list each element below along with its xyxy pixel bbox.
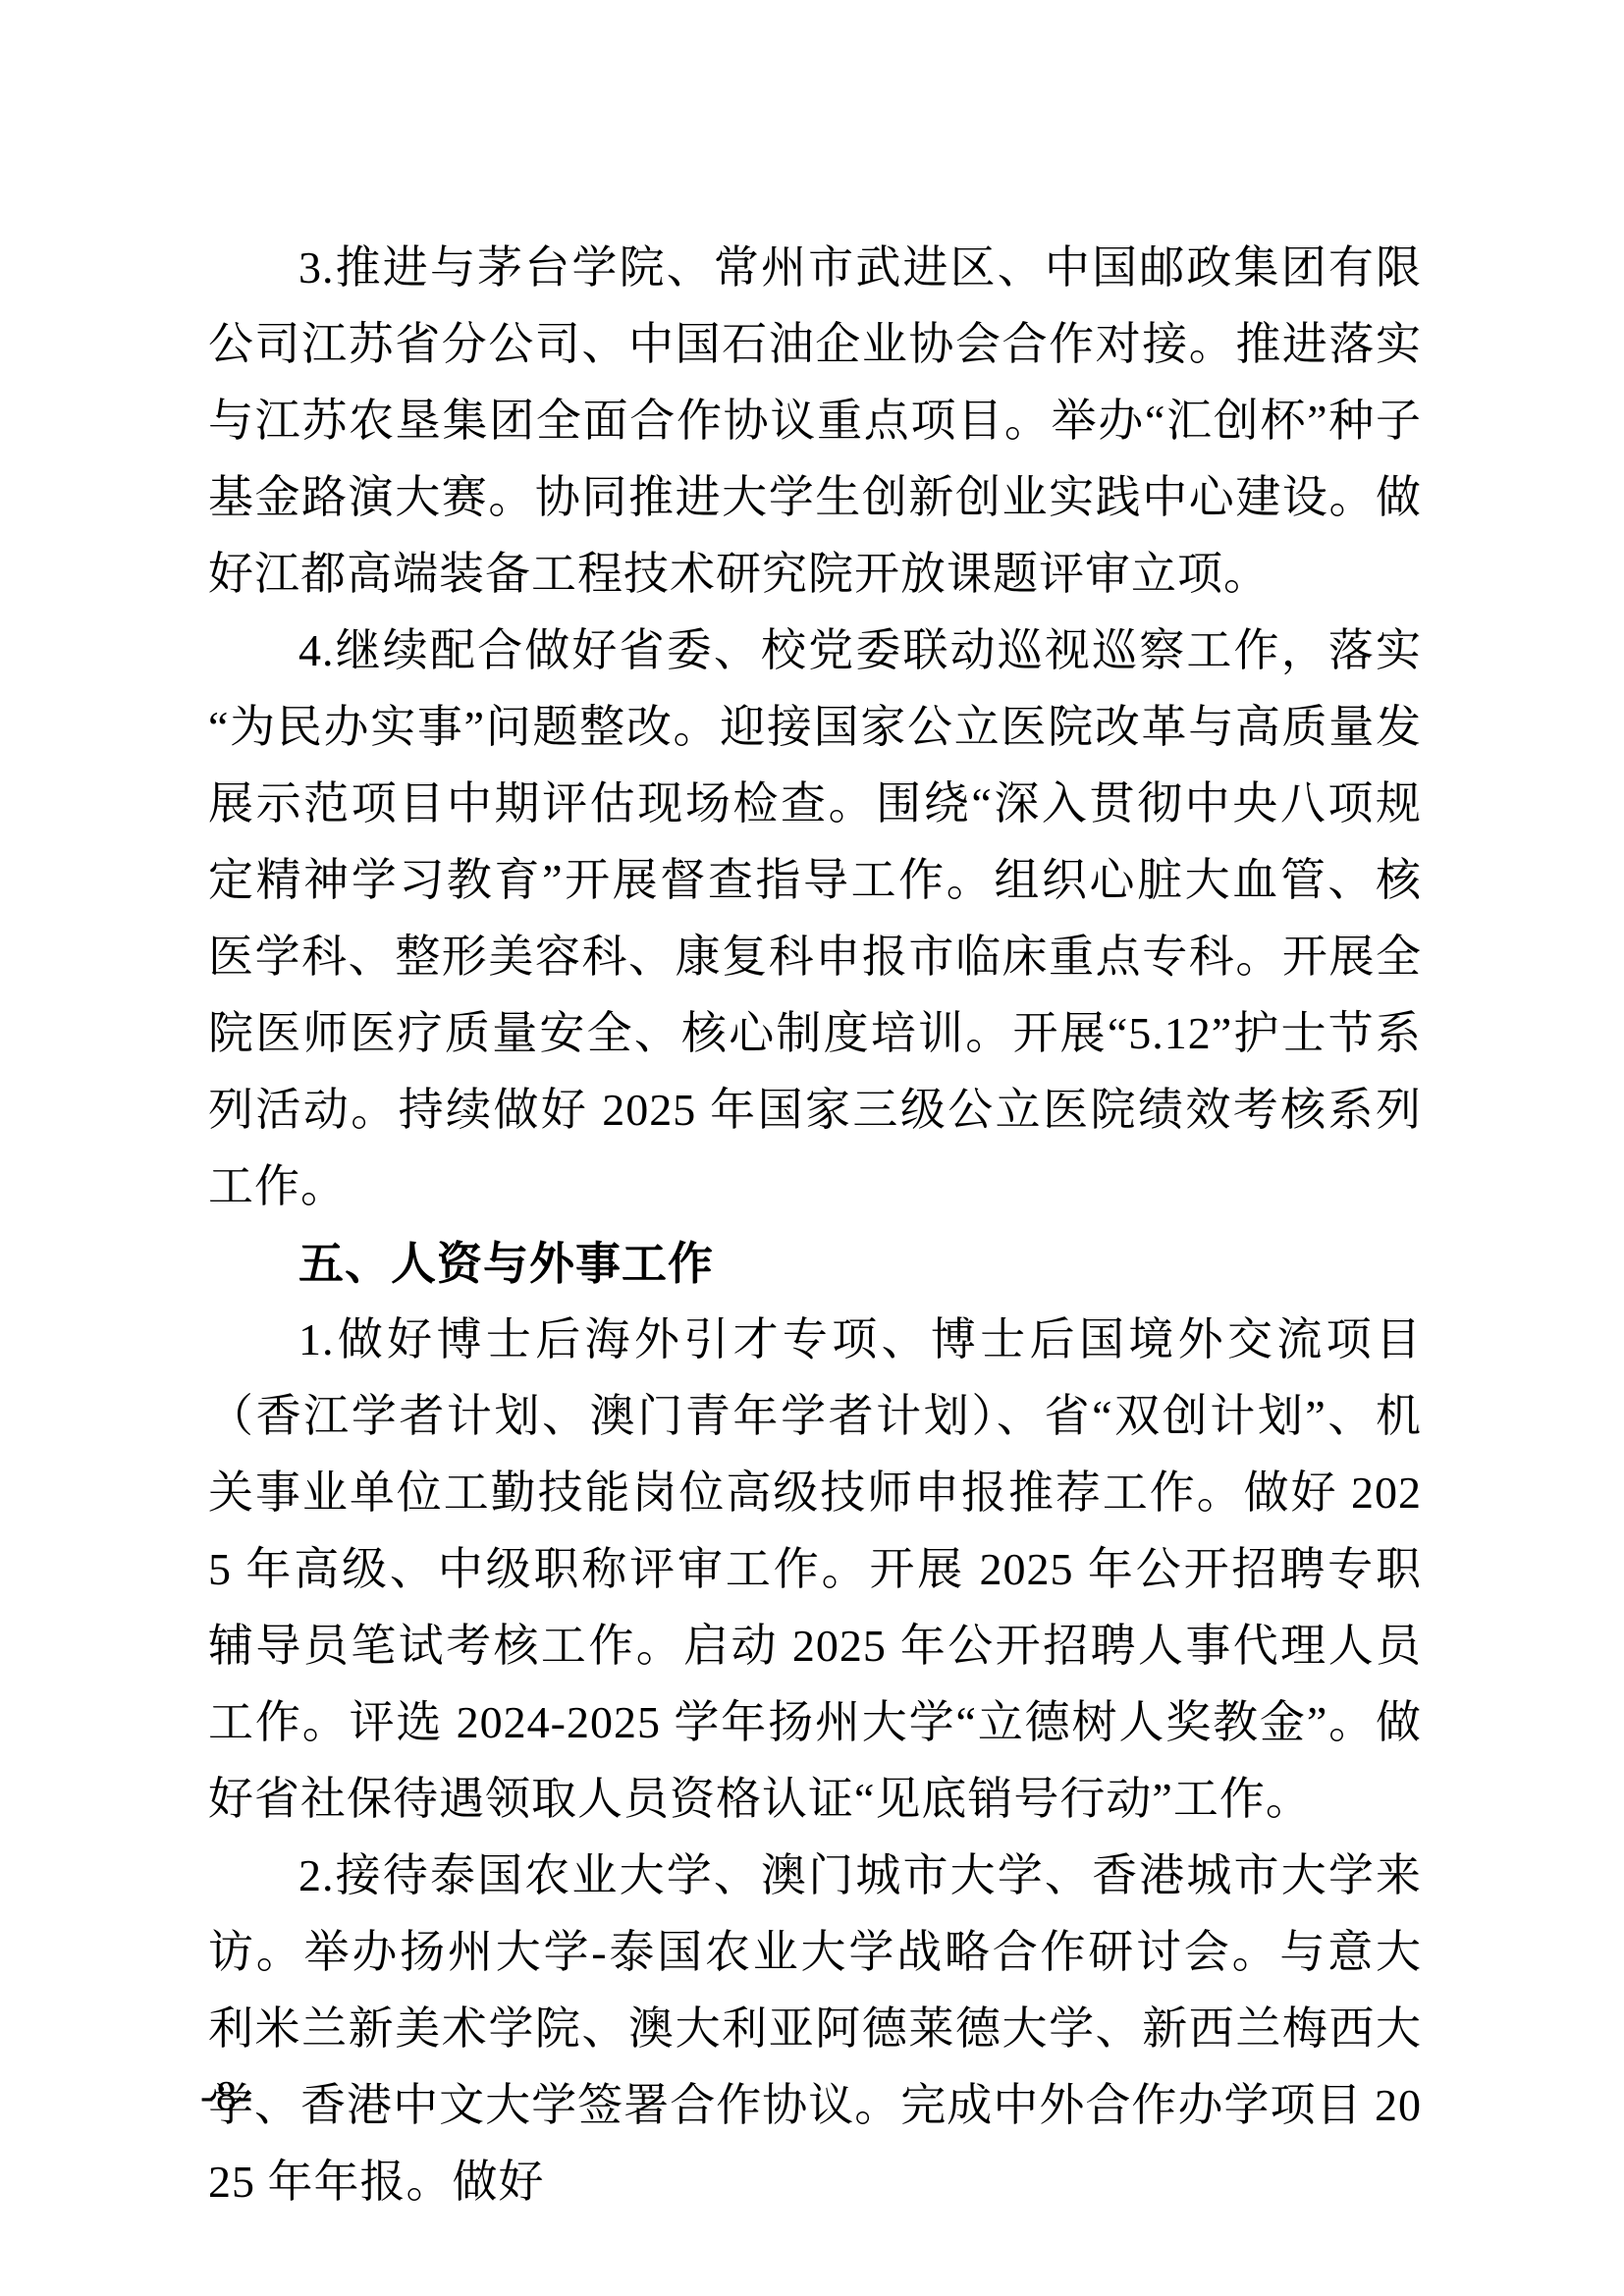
section-heading-hr-and-foreign-affairs: 五、人资与外事工作 (208, 1225, 1422, 1302)
paragraph-item-1-hr-recruitment: 1.做好博士后海外引才专项、博士后国境外交流项目（香江学者计划、澳门青年学者计划… (208, 1302, 1422, 1838)
document-body: 3.推进与茅台学院、常州市武进区、中国邮政集团有限公司江苏省分公司、中国石油企业… (208, 230, 1422, 2220)
page-number: -8- (200, 2073, 254, 2120)
document-page: 3.推进与茅台学院、常州市武进区、中国邮政集团有限公司江苏省分公司、中国石油企业… (0, 0, 1624, 2296)
paragraph-item-4-inspection-hospital: 4.继续配合做好省委、校党委联动巡视巡察工作，落实“为民办实事”问题整改。迎接国… (208, 613, 1422, 1225)
paragraph-item-2-international-visits: 2.接待泰国农业大学、澳门城市大学、香港城市大学来访。举办扬州大学-泰国农业大学… (208, 1838, 1422, 2220)
paragraph-item-3-cooperation: 3.推进与茅台学院、常州市武进区、中国邮政集团有限公司江苏省分公司、中国石油企业… (208, 230, 1422, 613)
